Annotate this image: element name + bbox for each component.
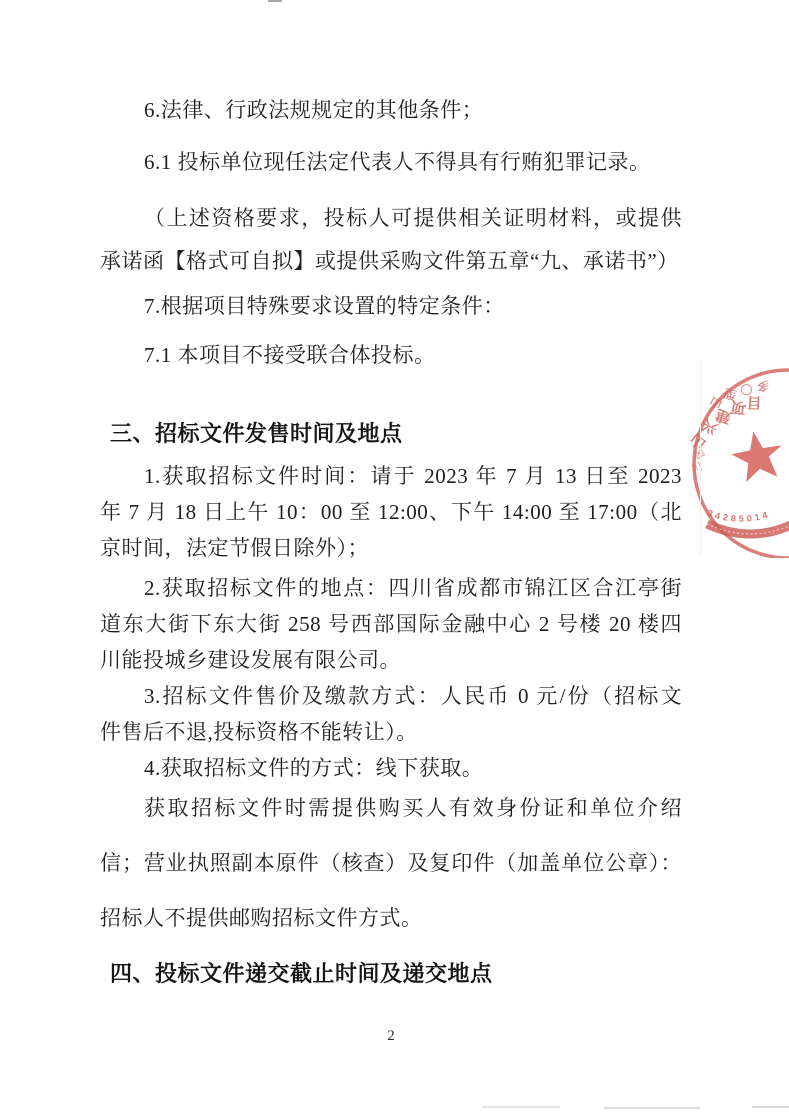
seal-char: 〇 (739, 381, 753, 398)
seal-char: 建 (714, 406, 734, 427)
sale-time-paragraph: 1.获取招标文件时间：请于 2023 年 7 月 13 日至 2023 年 7 … (100, 458, 682, 566)
star-icon (731, 431, 782, 482)
seal-char: 山 (687, 430, 709, 453)
qualification-note: （上述资格要求，投标人可提供相关证明材料，或提供 承诺函【格式可自拟】或提供采购… (100, 197, 682, 283)
seal-banner-ribbon (707, 524, 789, 534)
page-number: 2 (100, 1028, 682, 1045)
paragraph-line: 件售后不退,投标资格不能转让）。 (100, 714, 682, 750)
clause-7: 7.根据项目特殊要求设置的特定条件： (100, 293, 682, 319)
section-three-heading: 三、招标文件发售时间及地点 (100, 420, 682, 448)
paragraph-line: 信；营业执照副本原件（核查）及复印件（加盖单位公章）： (100, 836, 682, 891)
clause-6-1: 6.1 投标单位现任法定代表人不得具有行贿犯罪记录。 (100, 149, 682, 175)
paragraph-line: 2.获取招标文件的地点：四川省成都市锦江区合江亭街 (100, 570, 682, 606)
scan-artifact (268, 0, 282, 2)
seal-serial-number: 34285014 (706, 508, 772, 524)
seal-char: 三 (690, 461, 705, 475)
seal-banner-text-marks (707, 524, 789, 534)
note-line: 承诺函【格式可自拟】或提供采购文件第五章“九、承诺书”） (100, 240, 682, 283)
paragraph-line: 年 7 月 18 日上午 10：00 至 12:00、下午 14:00 至 17… (100, 494, 682, 530)
clause-6: 6.法律、行政法规规定的其他条件； (100, 97, 682, 123)
obtain-requirements-paragraph: 获取招标文件时需提供购买人有效身份证和单位介绍 信；营业执照副本原件（核查）及复… (100, 781, 682, 946)
paragraph-line: 川能投城乡建设发展有限公司。 (100, 642, 682, 678)
paragraph-line: 获取招标文件时需提供购买人有效身份证和单位介绍 (100, 781, 682, 836)
section-four-heading: 四、投标文件递交截止时间及递交地点 (100, 960, 682, 988)
seal-inner-arc-text: 山 兴 建 项 目 (687, 393, 762, 452)
seal-char: 多 (757, 379, 769, 394)
scan-artifact (604, 1107, 700, 1109)
document-price-paragraph: 3.招标文件售价及缴款方式：人民币 0 元/份（招标文 件售后不退,投标资格不能… (100, 678, 682, 750)
paragraph-line: 道东大街下东大街 258 号西部国际金融中心 2 号楼 20 楼四 (100, 606, 682, 642)
seal-border-circle (694, 370, 789, 558)
seal-char: 目 (746, 393, 762, 411)
paragraph-line: 3.招标文件售价及缴款方式：人民币 0 元/份（招标文 (100, 678, 682, 714)
seal-char: 型 (722, 386, 738, 404)
seal-char: 山 (707, 394, 724, 412)
sale-location-paragraph: 2.获取招标文件的地点：四川省成都市锦江区合江亭街 道东大街下东大街 258 号… (100, 570, 682, 678)
document-page: 6.法律、行政法规规定的其他条件； 6.1 投标单位现任法定代表人不得具有行贿犯… (0, 0, 789, 1112)
official-seal-stamp: 山 兴 建 项 目 山 型 〇 多 区 三 (669, 358, 789, 558)
seal-outer-arc-text: 山 型 〇 多 (707, 379, 769, 412)
seal-char: 兴 (699, 415, 721, 438)
scan-edge-line (700, 360, 701, 555)
paragraph-line: 招标人不提供邮购招标文件方式。 (100, 891, 682, 946)
paragraph-line: 京时间，法定节假日除外）； (100, 530, 682, 566)
note-line: （上述资格要求，投标人可提供相关证明材料，或提供 (100, 197, 682, 240)
paragraph-line: 1.获取招标文件时间：请于 2023 年 7 月 13 日至 2023 (100, 458, 682, 494)
seal-side-arc-text: 区 三 (690, 446, 707, 474)
clause-7-1: 7.1 本项目不接受联合体投标。 (100, 342, 682, 368)
seal-char: 项 (729, 397, 748, 417)
document-body: 6.法律、行政法规规定的其他条件； 6.1 投标单位现任法定代表人不得具有行贿犯… (100, 0, 682, 988)
scan-artifact (752, 1106, 789, 1108)
scan-artifact (482, 1106, 560, 1108)
